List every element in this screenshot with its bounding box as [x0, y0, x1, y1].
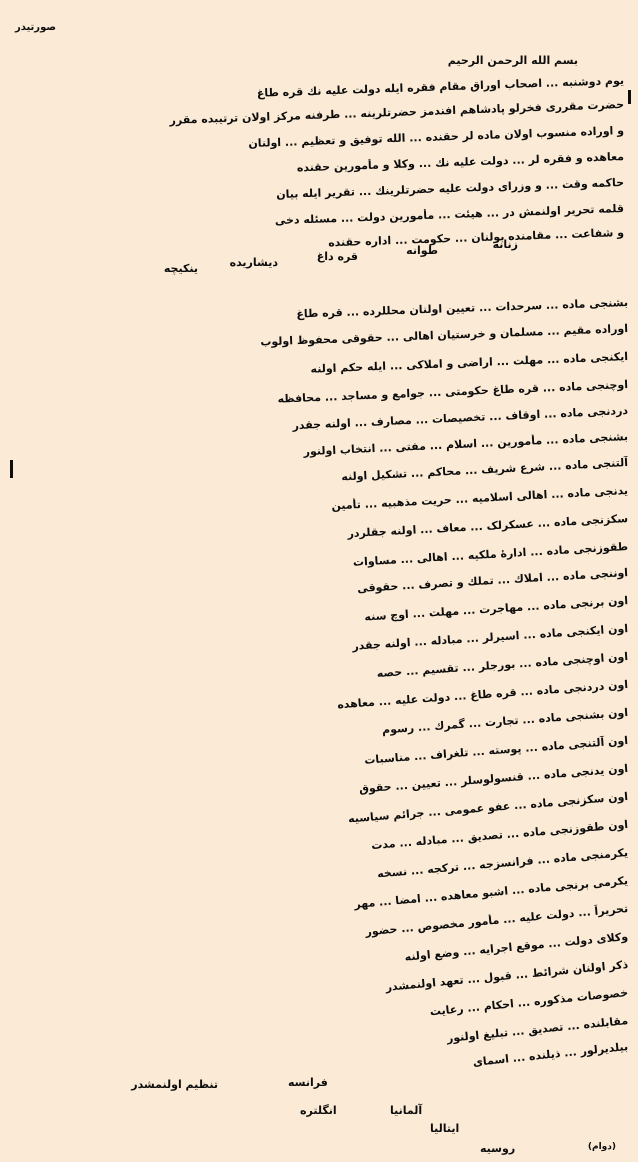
- opening-line: بسم الله الرحمن الرحیم: [448, 54, 578, 67]
- signature: انگلتره: [300, 1104, 337, 1117]
- margin-mark: [628, 90, 631, 104]
- party-name: ینکیچه: [164, 262, 198, 275]
- party-name: قره داغ: [317, 250, 358, 263]
- footer-mark: (دوام): [588, 1142, 616, 1152]
- manuscript-page: صورتیدر بسم الله الرحمن الرحیم تنظیم اول…: [0, 0, 638, 1162]
- document-title: صورتیدر: [15, 22, 56, 33]
- manuscript-line: اوراده مقیم ... مسلمان و خرستیان اهالی .…: [12, 322, 628, 358]
- party-name: طوانه: [406, 244, 438, 257]
- party-name: زنانه: [493, 238, 518, 251]
- manuscript-line: اون یدنجی ماده ... قنسولوسلر ... تعیین .…: [13, 762, 628, 822]
- signature: روسیه: [480, 1142, 515, 1155]
- signature: فرانسه: [288, 1076, 328, 1089]
- signature: ایتالیا: [430, 1122, 459, 1135]
- signature: آلمانیا: [390, 1104, 422, 1117]
- party-name: دیشاریده: [230, 256, 278, 269]
